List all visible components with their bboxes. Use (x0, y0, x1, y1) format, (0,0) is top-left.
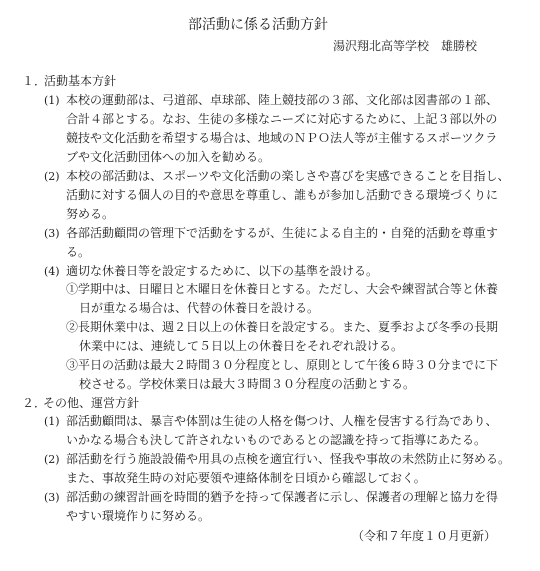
item-text: 部活動を行う施設設備や用具の点検を適宜行い、怪我や事故の未然防止に努める。 (66, 450, 510, 469)
sub-item-text: 日が重なる場合は、代替の休養日を設ける。 (79, 299, 319, 318)
item-text: いかなる場合も決して許されないものであるとの認識を持って指導にあたる。 (66, 431, 486, 450)
item-label: (3) (44, 224, 60, 243)
item-label: (2) (44, 450, 60, 469)
item-text: 活動に対する個人の目的や意思を尊重し、誰もが参加し活動できる環境づくりに (66, 186, 498, 205)
item-text: 各部活動顧問の管理下で活動をするが、生徒による自主的・自発的活動を尊重す (66, 224, 498, 243)
section-heading: 活動基本方針 (44, 72, 116, 91)
item-text: る。 (66, 243, 90, 262)
item-label: (3) (44, 488, 60, 507)
item-text: ブや文化活動団体への加入を勧める。 (66, 148, 270, 167)
item-text: 合計４部とする。なお、生徒の多様なニーズに対応するために、上記３部以外の (66, 110, 497, 129)
item-text: また、事故発生時の対応要領や連絡体制を日頃から確認しておく。 (66, 469, 426, 488)
item-text: やすい環境作りに努める。 (66, 507, 210, 526)
item-text: 本校の運動部は、弓道部、卓球部、陸上競技部の３部、文化部は図書部の１部、 (66, 91, 498, 110)
section-number: １． (22, 72, 46, 91)
section-heading: その他、運営方針 (43, 394, 139, 413)
item-label: (1) (44, 412, 60, 431)
document-page: 部活動に係る活動方針 湯沢翔北高等学校 雄勝校 １． 活動基本方針 (1) 本校… (0, 0, 540, 571)
item-text: 競技や文化活動を希望する場合は、地域のＮＰＯ法人等が主催するスポーツクラ (66, 129, 497, 148)
item-text: 努める。 (66, 205, 114, 224)
item-text: 本校の部活動は、スポーツや文化活動の楽しさや喜びを実感できることを目指し、 (66, 167, 510, 186)
document-title: 部活動に係る活動方針 (188, 16, 328, 35)
sub-item-text: ②長期休業中は、週２日以上の休養日を設定する。また、夏季および冬季の長期 (66, 318, 498, 337)
school-name: 湯沢翔北高等学校 雄勝校 (333, 37, 477, 56)
sub-item-text: 休業中には、連続して５日以上の休養日をそれぞれ設ける。 (79, 337, 403, 356)
sub-item-text: ③平日の活動は最大２時間３０分程度とし、原則として午後６時３０分までに下 (66, 356, 498, 375)
item-text: 適切な休養日等を設定するために、以下の基準を設ける。 (66, 262, 378, 281)
item-label: (2) (44, 167, 60, 186)
item-text: 部活動顧問は、暴言や体罰は生徒の人格を傷つけ、人権を侵害する行為であり、 (66, 412, 498, 431)
sub-item-text: 校させる。学校休業日は最大３時間３０分程度の活動とする。 (79, 375, 415, 394)
item-text: 部活動の練習計画を時間的猶予を持って保護者に示し、保護者の理解と協力を得 (66, 488, 498, 507)
update-note: （令和７年度１０月更新） (352, 527, 496, 546)
item-label: (1) (44, 91, 60, 110)
item-label: (4) (44, 262, 60, 281)
sub-item-text: ①学期中は、日曜日と木曜日を休養日とする。ただし、大会や練習試合等と休養 (66, 280, 498, 299)
